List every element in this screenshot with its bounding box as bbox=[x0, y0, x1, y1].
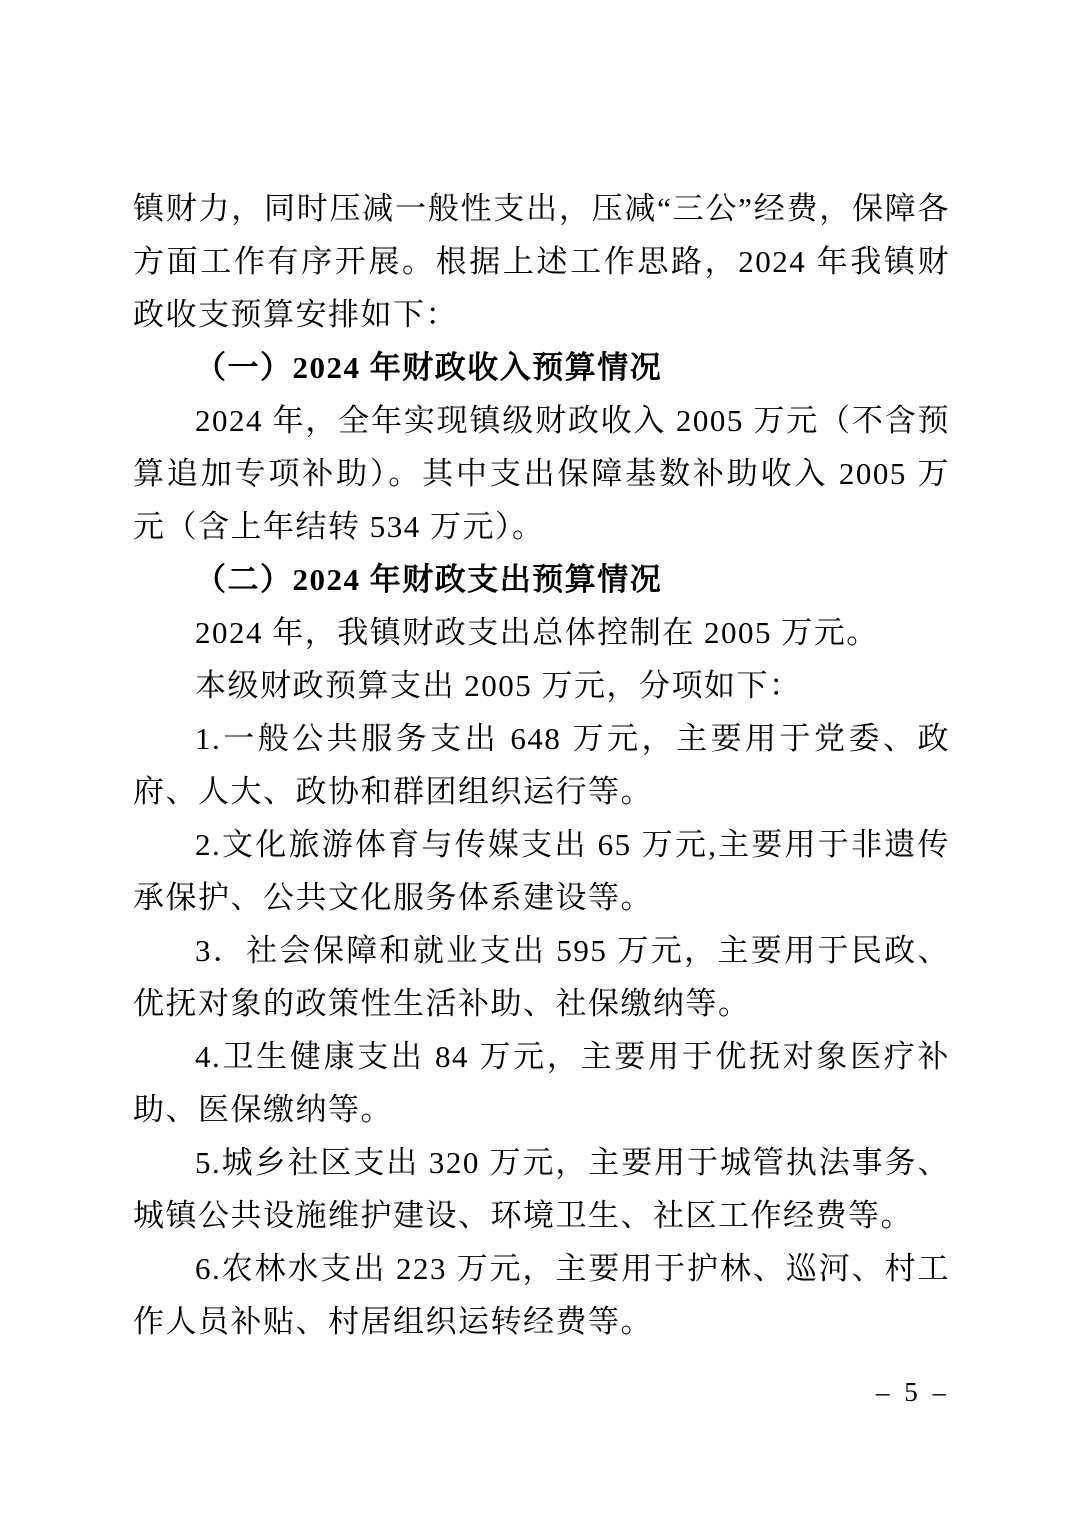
paragraph-item-3: 3．社会保障和就业支出 595 万元，主要用于民政、优抚对象的政策性生活补助、社… bbox=[133, 924, 950, 1030]
paragraph: 镇财力，同时压减一般性支出，压减“三公”经费，保障各方面工作有序开展。根据上述工… bbox=[133, 182, 950, 341]
paragraph-item-2: 2.文化旅游体育与传媒支出 65 万元,主要用于非遗传承保护、公共文化服务体系建… bbox=[133, 818, 950, 924]
paragraph-item-1: 1.一般公共服务支出 648 万元，主要用于党委、政府、人大、政协和群团组织运行… bbox=[133, 712, 950, 818]
page-number: – 5 – bbox=[876, 1372, 950, 1412]
paragraph-item-4: 4.卫生健康支出 84 万元，主要用于优抚对象医疗补助、医保缴纳等。 bbox=[133, 1030, 950, 1136]
section-heading-expenditure: （二）2024 年财政支出预算情况 bbox=[133, 553, 950, 606]
document-page: 镇财力，同时压减一般性支出，压减“三公”经费，保障各方面工作有序开展。根据上述工… bbox=[0, 0, 1074, 1520]
paragraph: 本级财政预算支出 2005 万元，分项如下： bbox=[133, 659, 950, 712]
paragraph: 2024 年，我镇财政支出总体控制在 2005 万元。 bbox=[133, 606, 950, 659]
paragraph-item-6: 6.农林水支出 223 万元，主要用于护林、巡河、村工作人员补贴、村居组织运转经… bbox=[133, 1242, 950, 1348]
paragraph-item-5: 5.城乡社区支出 320 万元，主要用于城管执法事务、城镇公共设施维护建设、环境… bbox=[133, 1136, 950, 1242]
section-heading-income: （一）2024 年财政收入预算情况 bbox=[133, 341, 950, 394]
document-body: 镇财力，同时压减一般性支出，压减“三公”经费，保障各方面工作有序开展。根据上述工… bbox=[133, 182, 950, 1348]
paragraph: 2024 年，全年实现镇级财政收入 2005 万元（不含预算追加专项补助）。其中… bbox=[133, 394, 950, 553]
